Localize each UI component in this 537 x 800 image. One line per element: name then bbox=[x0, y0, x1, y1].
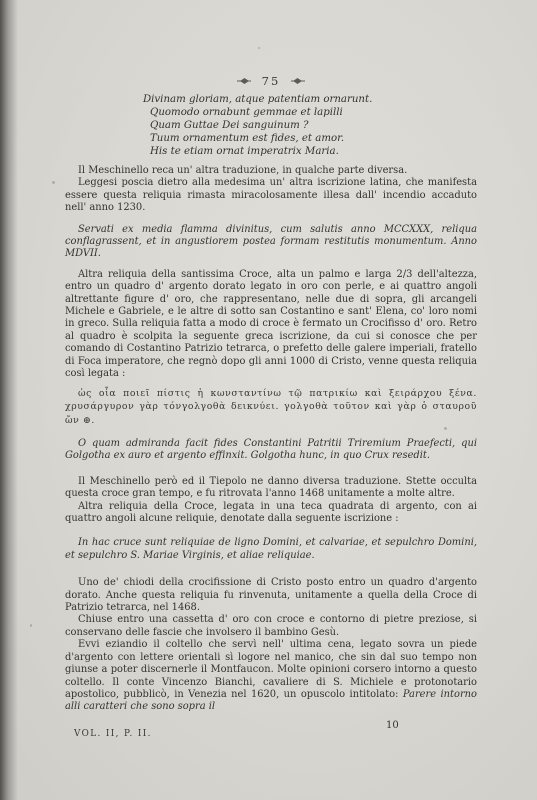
verse-line: Tuum ornamentum est fides, et amor. bbox=[150, 132, 477, 145]
fleuron-left-icon bbox=[236, 77, 252, 85]
page-speck bbox=[258, 47, 260, 49]
paragraph-meschinello-tiepolo: Il Meschinello però ed il Tiepolo ne dan… bbox=[65, 476, 477, 501]
scanned-book-page: 75 Divinam gloriam, atque patentiam orna… bbox=[0, 0, 537, 800]
paragraph-chiuse-entro: Chiuse entro una cassetta d' oro con cro… bbox=[65, 614, 477, 639]
verse-line: Quomodo ornabunt gemmae et lapilli bbox=[150, 106, 477, 119]
page-speck bbox=[52, 181, 55, 184]
fleuron-right-icon bbox=[290, 77, 306, 85]
paragraph-leggesi: Leggesi poscia dietro alla medesima un' … bbox=[65, 177, 477, 214]
paragraph-altra-reliquia-croce: Altra reliquia della Croce, legata in un… bbox=[65, 501, 477, 526]
verse-line: His te etiam ornat imperatrix Maria. bbox=[150, 145, 477, 158]
page-speck bbox=[30, 624, 32, 627]
page-header: 75 bbox=[65, 74, 477, 88]
binding-shadow bbox=[0, 0, 18, 800]
verse-line: Quam Guttae Dei sanguinum ? bbox=[150, 119, 477, 132]
page-content: 75 Divinam gloriam, atque patentiam orna… bbox=[65, 74, 477, 734]
latin-quote-servati: Servati ex media flamma divinitus, cum s… bbox=[65, 224, 477, 261]
page-number: 75 bbox=[262, 74, 281, 88]
paragraph-evvi-eziandio: Evvi eziandio il coltello che servì nell… bbox=[65, 639, 477, 713]
latin-quote-in-hac-cruce: In hac cruce sunt reliquiae de ligno Dom… bbox=[65, 537, 477, 562]
latin-quote-o-quam: O quam admiranda facit fides Constantini… bbox=[65, 438, 477, 463]
paragraph-altra-reliquia-santissima: Altra reliquia della santissima Croce, a… bbox=[65, 269, 477, 381]
signature-mark: 10 bbox=[386, 720, 399, 731]
volume-label: VOL. II, P. II. bbox=[74, 729, 152, 739]
page-footer: VOL. II, P. II. 10 bbox=[65, 721, 477, 734]
greek-inscription: ὡς οἷα ποιεῖ πίστις ἡ κωνσταντίνω τῷ πατ… bbox=[65, 387, 477, 428]
verse-line: Divinam gloriam, atque patentiam ornarun… bbox=[143, 93, 477, 106]
latin-verse: Divinam gloriam, atque patentiam ornarun… bbox=[143, 93, 477, 158]
paragraph-uno-de-chiodi: Uno de' chiodi della crocifissione di Cr… bbox=[65, 577, 477, 614]
paragraph-meschinello-intro: Il Meschinello reca un' altra traduzione… bbox=[65, 165, 477, 177]
